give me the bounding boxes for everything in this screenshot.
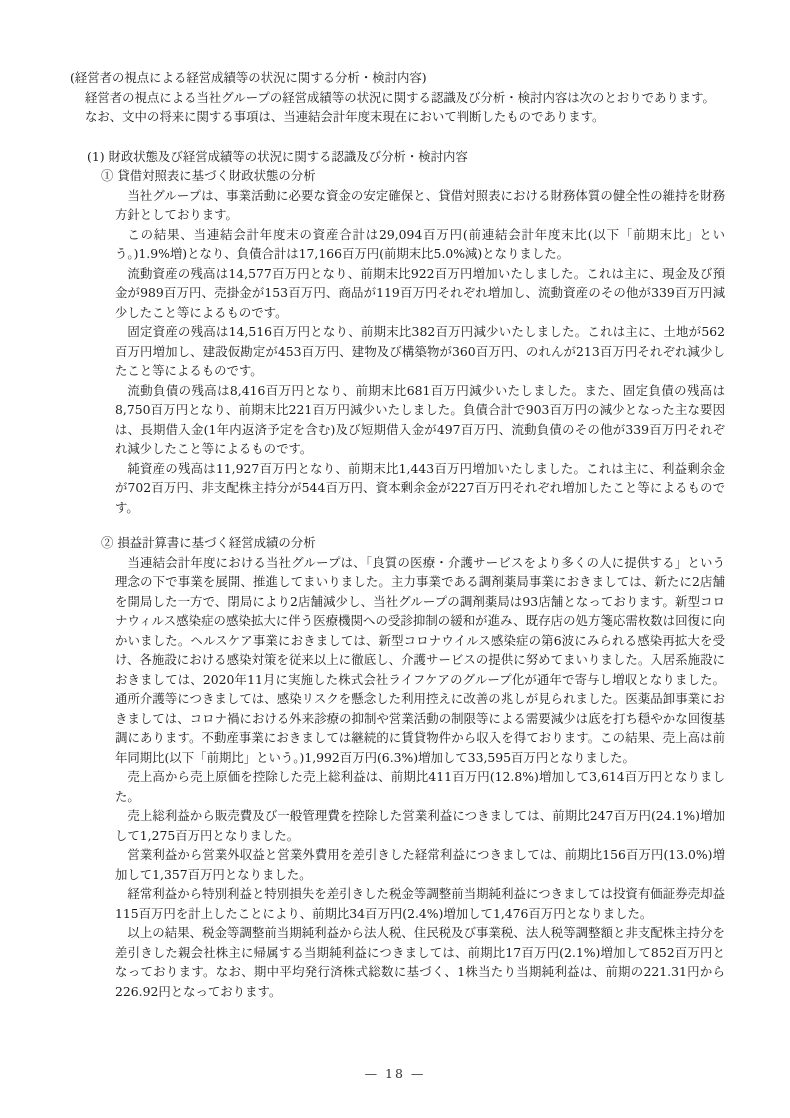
paragraph: 流動資産の残高は14,577百万円となり、前期末比922百万円増加いたしました。…: [115, 264, 725, 323]
paragraph: 経常利益から特別利益と特別損失を差引きした税金等調整前当期純利益につきましては投…: [115, 884, 725, 923]
subsection-income-statement: ② 損益計算書に基づく経営成績の分析 当連結会計年度における当社グループは、「良…: [70, 533, 725, 1001]
paragraph: この結果、当連結会計年度末の資産合計は29,094百万円(前連結会計年度末比(以…: [115, 225, 725, 264]
subsection-1-heading: ① 貸借対照表に基づく財政状態の分析: [101, 166, 725, 186]
section-1-heading: (1) 財政状態及び経営成績等の状況に関する認識及び分析・検討内容: [87, 147, 725, 167]
subsection-2-heading: ② 損益計算書に基づく経営成績の分析: [101, 533, 725, 553]
paragraph: 以上の結果、税金等調整前当期純利益から法人税、住民税及び事業税、法人税等調整額と…: [115, 923, 725, 1001]
subsection-balance-sheet: ① 貸借対照表に基づく財政状態の分析 当社グループは、事業活動に必要な資金の安定…: [70, 166, 725, 517]
intro-line-1: 経営者の視点による当社グループの経営成績等の状況に関する認識及び分析・検討内容は…: [85, 88, 725, 108]
paragraph: 売上高から売上原価を控除した売上総利益は、前期比411百万円(12.8%)増加し…: [115, 767, 725, 806]
paragraph: 売上総利益から販売費及び一般管理費を控除した営業利益につきましては、前期比247…: [115, 806, 725, 845]
page-number: — 18 —: [0, 1066, 790, 1081]
paragraph: 流動負債の残高は8,416百万円となり、前期末比681百万円減少いたしました。ま…: [115, 381, 725, 459]
intro-line-2: なお、文中の将来に関する事項は、当連結会計年度末現在において判断したものでありま…: [85, 107, 725, 127]
paragraph: 当社グループは、事業活動に必要な資金の安定確保と、貸借対照表における財務体質の健…: [115, 186, 725, 225]
document-page: (経営者の視点による経営成績等の状況に関する分析・検討内容) 経営者の視点による…: [0, 0, 790, 1118]
paragraph: 純資産の残高は11,927百万円となり、前期末比1,443百万円増加いたしました…: [115, 459, 725, 518]
paragraph: 固定資産の残高は14,516百万円となり、前期末比382百万円減少いたしました。…: [115, 322, 725, 381]
analysis-section-title: (経営者の視点による経営成績等の状況に関する分析・検討内容): [70, 68, 725, 88]
paragraph: 営業利益から営業外収益と営業外費用を差引きした経常利益につきましては、前期比15…: [115, 845, 725, 884]
paragraph: 当連結会計年度における当社グループは、「良質の医療・介護サービスをより多くの人に…: [115, 553, 725, 768]
document-content: (経営者の視点による経営成績等の状況に関する分析・検討内容) 経営者の視点による…: [70, 68, 725, 1001]
section-1: (1) 財政状態及び経営成績等の状況に関する認識及び分析・検討内容 ① 貸借対照…: [70, 147, 725, 1002]
